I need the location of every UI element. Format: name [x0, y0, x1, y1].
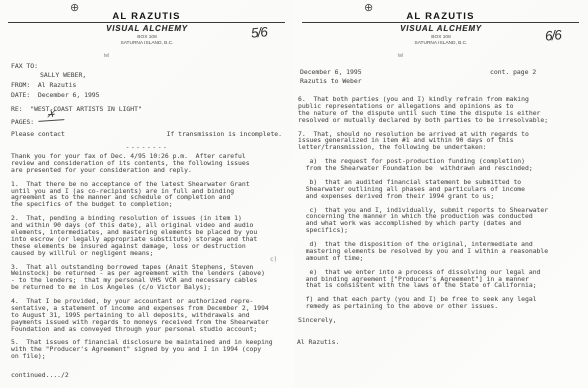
- letterhead-box: BOX 108: [294, 35, 588, 40]
- pages-mark-glyph: X: [46, 109, 55, 121]
- letterhead-name: AL RAZUTIS: [302, 0, 579, 23]
- handwritten-page-number: 5/6: [250, 24, 267, 41]
- cont-page-label: cont. page 2: [490, 68, 536, 76]
- continued-line: continued..../2: [11, 371, 69, 379]
- from-to-line: Razutis to Weber: [300, 77, 362, 85]
- letterhead-name: AL RAZUTIS: [8, 0, 285, 23]
- date-line: December 6, 1995: [300, 68, 362, 76]
- re-line: RE: "WEST-COAST ARTISTS IN LIGHT": [11, 105, 142, 113]
- scanned-fax-document: ⊕ AL RAZUTIS VISUAL ALCHEMY BOX 108 SATU…: [0, 0, 588, 388]
- closing-line: Sincerely,: [298, 316, 336, 324]
- signature-line: Al Razutis.: [297, 338, 339, 346]
- from-line: FROM: Al Razutis: [11, 81, 76, 89]
- fax-page-1: ⊕ AL RAZUTIS VISUAL ALCHEMY BOX 108 SATU…: [0, 0, 294, 388]
- letterhead-box: BOX 108: [0, 35, 294, 40]
- please-contact-text: Please contact: [11, 130, 65, 138]
- fax-to-value: SALLY WEBER,: [40, 71, 86, 79]
- incomplete-transmission-text: If transmission is incomplete.: [167, 130, 282, 138]
- pages-label: PAGES:: [11, 118, 34, 126]
- fax-to-label: FAX TO:: [11, 62, 38, 70]
- bleed-through-note: c): [270, 256, 277, 263]
- letterhead-tel-mark: tel: [398, 53, 403, 59]
- letterhead-tel-mark: tel: [104, 53, 109, 59]
- handwritten-page-number: 6/6: [544, 27, 561, 44]
- separator-dashes: --------: [0, 143, 294, 151]
- date-line: DATE: December 6, 1995: [11, 91, 100, 99]
- fax-page-2: ⊕ AL RAZUTIS VISUAL ALCHEMY BOX 108 SATU…: [294, 0, 588, 388]
- letter-body-page-2: 6. That both parties (you and I) kindly …: [298, 96, 548, 310]
- letterhead-city: SATURNA ISLAND, B.C.: [294, 41, 588, 46]
- handwritten-pages-mark: X: [38, 108, 65, 122]
- contact-row: Please contact If transmission is incomp…: [11, 130, 282, 138]
- letterhead-city: SATURNA ISLAND, B.C.: [0, 41, 294, 46]
- letter-body-page-1: Thank you for your fax of Dec. 4/95 10:2…: [11, 153, 273, 360]
